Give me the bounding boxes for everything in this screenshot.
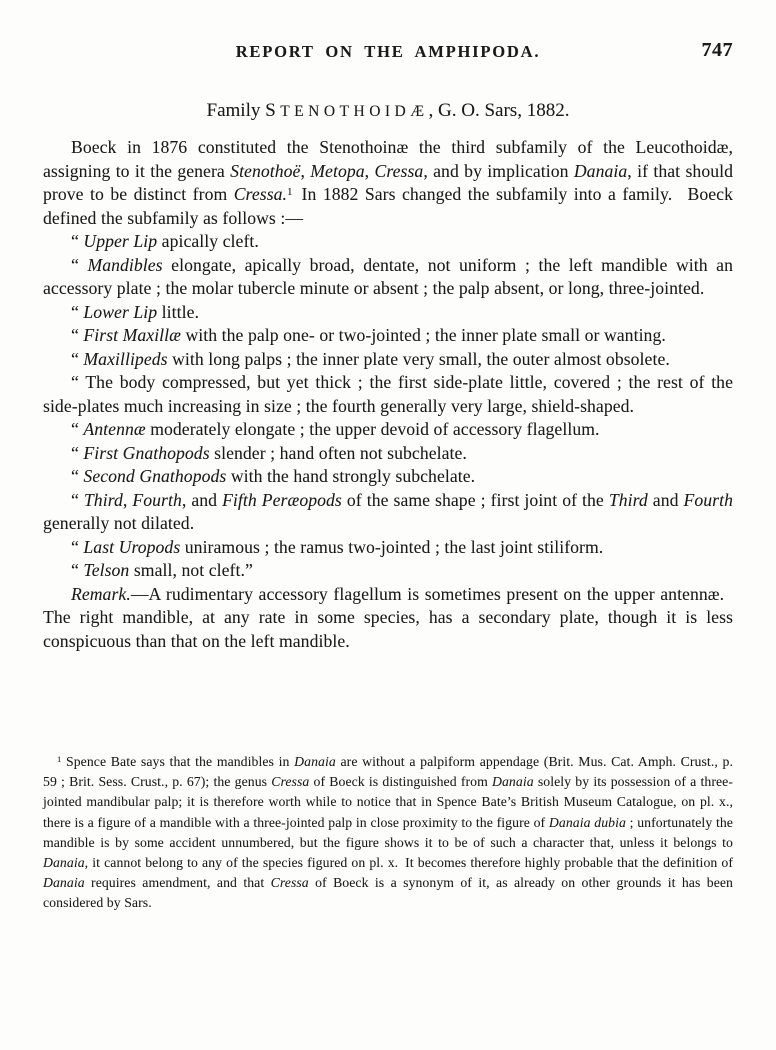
- paragraph: “ Last Uropods uniramous ; the ramus two…: [43, 536, 733, 560]
- paragraph: “ The body compressed, but yet thick ; t…: [43, 371, 733, 418]
- text-segment: Danaia: [294, 754, 336, 769]
- running-title: REPORT ON THE AMPHIPODA.: [43, 42, 733, 62]
- text-segment: Danaia: [43, 855, 85, 870]
- paragraph: “ Mandibles elongate, apically broad, de…: [43, 254, 733, 301]
- text-segment: generally not dilated.: [43, 513, 194, 533]
- text-segment: “: [71, 419, 83, 439]
- text-segment: —A rudimentary accessory flagellum is so…: [43, 584, 733, 651]
- text-segment: Fourth: [684, 490, 733, 510]
- paragraph: “ First Gnathopods slender ; hand often …: [43, 442, 733, 466]
- text-segment: , and: [182, 490, 222, 510]
- text-segment: Lower Lip: [83, 302, 157, 322]
- paragraph: “ Third, Fourth, and Fifth Peræopods of …: [43, 489, 733, 536]
- paragraph: “ Maxillipeds with long palps ; the inne…: [43, 348, 733, 372]
- text-segment: with the hand strongly subchelate.: [226, 466, 475, 486]
- family-name-caps: STENOTHOIDÆ: [265, 100, 428, 121]
- text-segment: Danaia: [574, 161, 627, 181]
- text-segment: slender ; hand often not subchelate.: [210, 443, 467, 463]
- text-segment: Cressa.: [234, 184, 287, 204]
- text-segment: Cressa: [271, 875, 309, 890]
- text-segment: First Gnathopods: [83, 443, 209, 463]
- text-segment: Third: [609, 490, 648, 510]
- text-segment: “: [71, 443, 83, 463]
- text-segment: Maxillipeds: [83, 349, 167, 369]
- text-segment: “: [71, 560, 83, 580]
- text-segment: Second Gnathopods: [83, 466, 226, 486]
- text-segment: Upper Lip: [83, 231, 157, 251]
- text-segment: “: [71, 255, 87, 275]
- text-segment: Fourth: [132, 490, 181, 510]
- family-name-initial: S: [265, 100, 280, 121]
- running-head: REPORT ON THE AMPHIPODA. 747: [43, 42, 733, 64]
- text-segment: “: [71, 537, 83, 557]
- family-heading-prefix: Family: [207, 100, 266, 121]
- paragraph: “ Antennæ moderately elongate ; the uppe…: [43, 418, 733, 442]
- text-segment: Spence Bate says that the mandibles in: [61, 754, 294, 769]
- text-segment: Antennæ: [83, 419, 145, 439]
- text-segment: Remark.: [71, 584, 131, 604]
- paragraph: Remark.—A rudimentary accessory flagellu…: [43, 583, 733, 654]
- text-segment: Danaia: [43, 875, 85, 890]
- text-segment: Last Uropods: [83, 537, 180, 557]
- text-segment: Danaia: [492, 774, 534, 789]
- body-text: Boeck in 1876 constituted the Stenothoin…: [43, 136, 733, 653]
- text-segment: little.: [157, 302, 199, 322]
- text-segment: “: [71, 490, 84, 510]
- paragraph: Boeck in 1876 constituted the Stenothoin…: [43, 136, 733, 230]
- footnote: 1 Spence Bate says that the mandibles in…: [43, 752, 733, 914]
- paragraph: “ Upper Lip apically cleft.: [43, 230, 733, 254]
- text-segment: requires amendment, and that: [85, 875, 271, 890]
- text-segment: with the palp one- or two-jointed ; the …: [181, 325, 666, 345]
- text-segment: Cressa: [271, 774, 309, 789]
- document-page: REPORT ON THE AMPHIPODA. 747 Family STEN…: [0, 0, 776, 1050]
- family-heading: Family STENOTHOIDÆ, G. O. Sars, 1882.: [43, 100, 733, 122]
- text-segment: and: [648, 490, 684, 510]
- text-segment: Danaia dubia: [549, 815, 626, 830]
- text-segment: “: [71, 349, 83, 369]
- text-segment: ,: [123, 490, 133, 510]
- text-segment: uniramous ; the ramus two-jointed ; the …: [180, 537, 603, 557]
- text-segment: , and by implication: [423, 161, 574, 181]
- text-segment: Cressa: [374, 161, 423, 181]
- text-segment: Third: [84, 490, 123, 510]
- text-segment: small, not cleft.”: [129, 560, 253, 580]
- text-segment: “ The body compressed, but yet thick ; t…: [43, 372, 733, 416]
- family-name-rest: TENOTHOIDÆ: [280, 103, 428, 120]
- text-segment: 1: [57, 754, 61, 764]
- text-segment: “: [71, 231, 83, 251]
- page-number: 747: [702, 39, 734, 62]
- text-segment: “: [71, 302, 83, 322]
- text-segment: Mandibles: [87, 255, 162, 275]
- text-segment: First Maxillæ: [83, 325, 181, 345]
- text-segment: of the same shape ; first joint of the: [342, 490, 609, 510]
- text-segment: Metopa: [310, 161, 364, 181]
- paragraph: “ Telson small, not cleft.”: [43, 559, 733, 583]
- paragraph: “ Second Gnathopods with the hand strong…: [43, 465, 733, 489]
- text-segment: Fifth Peræopods: [222, 490, 342, 510]
- text-segment: “: [71, 466, 83, 486]
- text-segment: moderately elongate ; the upper devoid o…: [146, 419, 600, 439]
- text-segment: Telson: [83, 560, 129, 580]
- text-segment: with long palps ; the inner plate very s…: [168, 349, 670, 369]
- text-segment: “: [71, 325, 83, 345]
- paragraph: “ First Maxillæ with the palp one- or tw…: [43, 324, 733, 348]
- footnote-paragraph: 1 Spence Bate says that the mandibles in…: [43, 752, 733, 914]
- text-segment: ,: [365, 161, 375, 181]
- text-segment: Stenothoë: [230, 161, 300, 181]
- text-segment: of Boeck is distinguished from: [309, 774, 492, 789]
- text-segment: apically cleft.: [157, 231, 259, 251]
- text-segment: ,: [300, 161, 310, 181]
- family-heading-suffix: , G. O. Sars, 1882.: [429, 100, 570, 121]
- text-segment: 1: [287, 186, 293, 198]
- paragraph: “ Lower Lip little.: [43, 301, 733, 325]
- text-segment: , it cannot belong to any of the species…: [85, 855, 733, 870]
